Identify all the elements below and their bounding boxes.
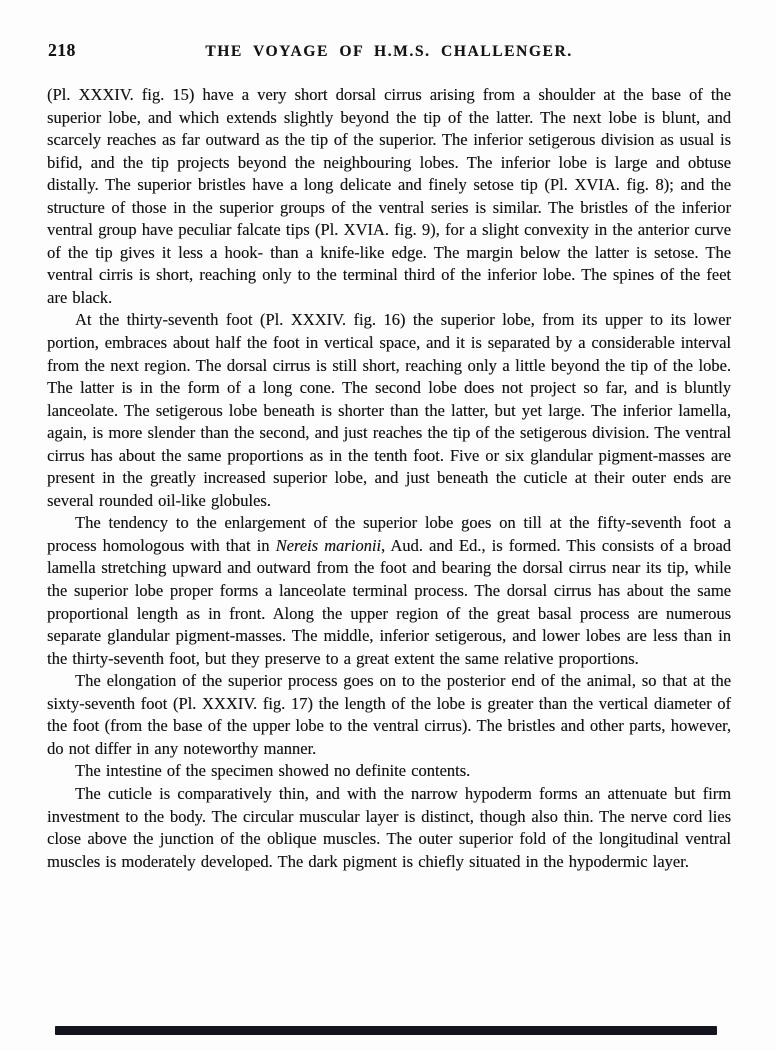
paragraph: At the thirty-seventh foot (Pl. XXXIV. f… [47,309,731,512]
paragraph: The intestine of the specimen showed no … [47,760,731,783]
paragraph: (Pl. XXXIV. fig. 15) have a very short d… [47,84,731,309]
book-page: 218 THE VOYAGE OF H.M.S. CHALLENGER. (Pl… [0,0,776,1050]
scan-edge-artifact-bar [55,1026,717,1035]
paragraph: The cuticle is comparatively thin, and w… [47,783,731,873]
body-text: (Pl. XXXIV. fig. 15) have a very short d… [47,84,731,873]
running-head-title: THE VOYAGE OF H.M.S. CHALLENGER. [47,43,731,61]
species-name-italic: Nereis marionii [276,536,381,555]
paragraph: The tendency to the enlargement of the s… [47,512,731,670]
paragraph: The elongation of the superior process g… [47,670,731,760]
